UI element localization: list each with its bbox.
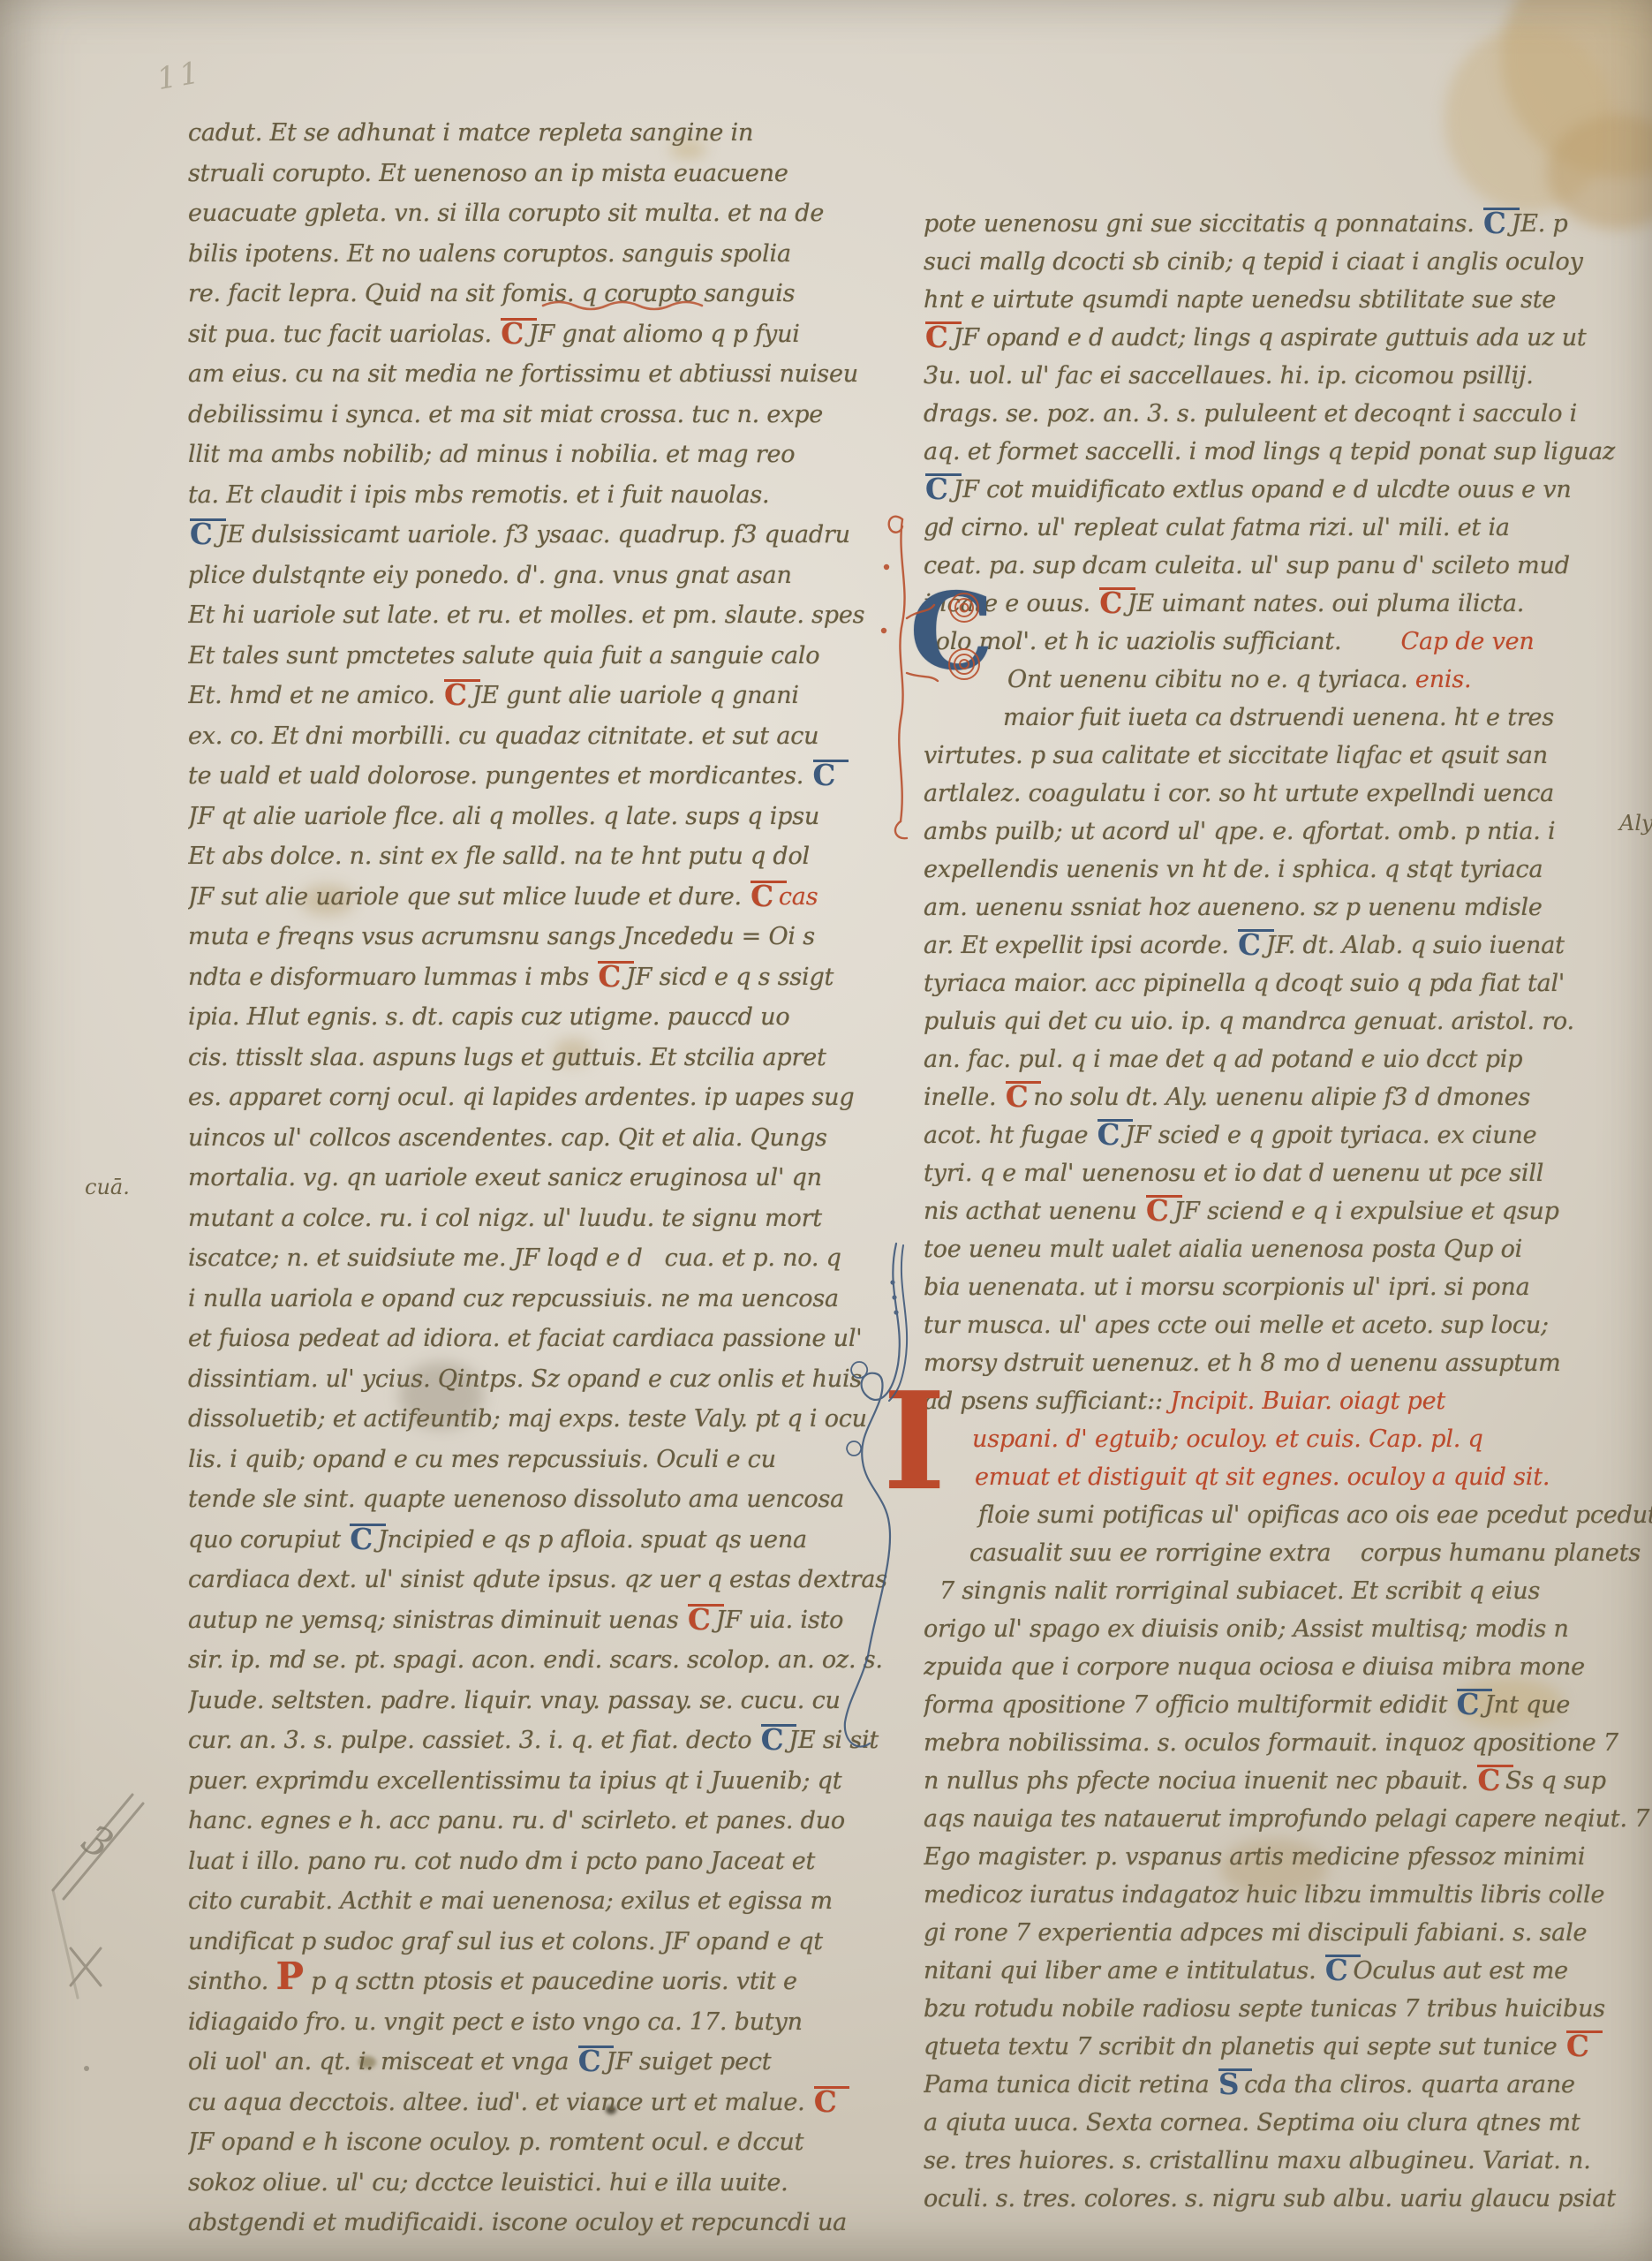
text-line: iscatce; n. et suidsiute me. JF loqd e d… [188, 1238, 893, 1279]
text-line: ipia. Hlut egnis. s. dt. capis cuz utigm… [188, 997, 893, 1038]
text-segment: dissintiam. ul' ycius. Qintps. Sz opand … [188, 1365, 862, 1393]
text-line: Juude. seltsten. padre. liquir. vnay. pa… [188, 1681, 893, 1721]
text-segment: JF sciend e q i expulsiue et qsup [1174, 1198, 1559, 1225]
text-line: se. tres huiores. s. cristallinu maxu al… [924, 2142, 1652, 2180]
text-line: artlalez. coagulatu i cor. so ht urtute … [924, 775, 1652, 813]
text-segment: JE si sit [788, 1727, 879, 1754]
text-segment: a qiuta uuca. Sexta cornea. Septima oiu … [924, 2109, 1580, 2136]
text-segment: virtutes. p sua calitate et siccitate li… [924, 742, 1548, 769]
text-segment: P [275, 1955, 303, 1998]
text-segment: Ss q sup [1505, 1767, 1606, 1795]
pencil-cross-stroke [71, 1948, 101, 1985]
paraph-mark: C [1483, 208, 1520, 238]
text-segment: n nullus phs pfecte nociua inuenit nec p… [924, 1767, 1475, 1795]
paraph-mark: C [501, 318, 537, 348]
text-segment: euacuate gpleta. vn. si illa corupto sit… [188, 200, 824, 227]
text-line: ambs puilb; ut acord ul' qpe. e. qfortat… [924, 813, 1652, 851]
text-segment: i nulla uariola e opand cuz repcussiuis.… [188, 1285, 839, 1312]
text-segment: ar. Et expellit ipsi acorde. [924, 932, 1236, 959]
treatise-initial-letter: I [883, 1374, 946, 1509]
text-segment: hnt e uirtute qsumdi napte uenedsu sbtil… [924, 286, 1556, 314]
text-line: ta. Et claudit i ipis mbs remotis. et i … [188, 475, 893, 516]
text-line: oli uol' an. qt. i. misceat et vnga CJF … [188, 2042, 893, 2083]
rubric-text: uspani. d' egtuib; oculoy. et cuis. Cap.… [972, 1425, 1483, 1453]
text-line: zpuida que i corpore nuqua ociosa e diui… [924, 1648, 1652, 1686]
text-line: origo ul' spago ex diuisis onib; Assist … [924, 1610, 1652, 1648]
text-line: dissintiam. ul' ycius. Qintps. Sz opand … [188, 1359, 893, 1400]
margin-note-alya: Alya [1619, 811, 1652, 836]
text-segment: Pama tunica dicit retina [924, 2071, 1217, 2098]
text-segment: ambs puilb; ut acord ul' qpe. e. qfortat… [924, 818, 1555, 845]
text-segment: Jncipied e qs p afloia. spuat qs uena [378, 1526, 807, 1554]
text-segment: p q scttn ptosis et paucedine uoris. vti… [304, 1968, 797, 1995]
paraph-mark: C [1099, 587, 1135, 617]
text-line: muta e freqns vsus acrumsnu sangs Jncede… [188, 917, 893, 957]
text-segment: an. fac. pul. q i mae det q ad potand e … [924, 1046, 1522, 1073]
rubric-text: Cap de ven [1401, 628, 1535, 655]
text-segment: tyri. q e mal' uenenosu et io dat d uene… [924, 1160, 1543, 1187]
text-line: sir. ip. md se. pt. spagi. acon. endi. s… [188, 1640, 893, 1681]
text-line: struali corupto. Et uenenoso an ip mista… [188, 154, 893, 194]
paraph-mark: C [1566, 2030, 1603, 2061]
text-segment: drags. se. poz. an. 3. s. pululeent et d… [924, 400, 1577, 427]
text-line: suci mallg dcocti sb cinib; q tepid i ci… [924, 243, 1652, 281]
text-line: 7 singnis nalit rorriginal subiacet. Et … [924, 1572, 1652, 1610]
text-line: te uald et uald dolorose. pungentes et m… [188, 756, 893, 797]
text-line: i nulla uariola e opand cuz repcussiuis.… [188, 1279, 893, 1320]
text-line: cardiaca dext. ul' sinist qdute ipsus. q… [188, 1560, 893, 1600]
text-segment: luat i illo. pano ru. cot nudo dm i pcto… [188, 1848, 815, 1875]
text-segment: iscatce; n. et suidsiute me. JF loqd e d… [188, 1244, 841, 1272]
text-segment: sir. ip. md se. pt. spagi. acon. endi. s… [188, 1646, 883, 1674]
text-segment: no solu dt. Aly. uenenu alipie f3 d dmon… [1033, 1084, 1530, 1111]
text-segment: 7 singnis nalit rorriginal subiacet. Et … [939, 1577, 1540, 1605]
text-segment: pote uenenosu gni sue siccitatis q ponna… [924, 210, 1482, 238]
text-segment: Oculus aut est me [1353, 1957, 1567, 1985]
text-segment: undificat p sudoc graf sul ius et colons… [188, 1928, 823, 1955]
text-segment: JF opand e h iscone oculoy. p. romtent o… [188, 2129, 803, 2156]
text-segment: JE. p [1512, 210, 1568, 238]
text-segment: cur. an. 3. s. pulpe. cassiet. 3. i. q. … [188, 1727, 759, 1754]
text-segment: et fuiosa pedeat ad idiora. et faciat ca… [188, 1325, 863, 1352]
folio-number: 11 [155, 55, 205, 97]
text-segment: puer. exprimdu excellentissimu ta ipius … [188, 1767, 841, 1795]
text-segment: nis acthat uenenu [924, 1198, 1144, 1225]
text-line: nis acthat uenenu CJF sciend e q i expul… [924, 1192, 1652, 1230]
text-segment: sintho. [188, 1968, 275, 1995]
text-segment: cito curabit. Acthit e mai uenenosa; exi… [188, 1887, 833, 1915]
text-segment: llit ma ambs nobilib; ad minus i nobilia… [188, 441, 795, 468]
text-line: cur. an. 3. s. pulpe. cassiet. 3. i. q. … [188, 1720, 893, 1761]
text-segment: JF qt alie uariole flce. ali q molles. q… [188, 803, 819, 830]
paraph-mark: C [925, 321, 962, 352]
text-segment: JF scied e q gpoit tyriaca. ex ciune [1125, 1122, 1536, 1149]
text-line: mortalia. vg. qn uariole exeut sanicz er… [188, 1158, 893, 1199]
text-line: ificate e ouus. CJE uimant nates. oui pl… [924, 585, 1652, 623]
text-segment: ipia. Hlut egnis. s. dt. capis cuz utigm… [188, 1003, 789, 1031]
text-line: qtueta textu 7 scribit dn planetis qui s… [924, 2028, 1652, 2066]
text-line: Ont uenenu cibitu no e. q tyriaca. enis. [924, 661, 1652, 699]
rubric-text: enis. [1415, 666, 1471, 693]
text-segment: artlalez. coagulatu i cor. so ht urtute … [924, 780, 1554, 807]
text-line: aq. et formet saccelli. i mod lings q te… [924, 433, 1652, 471]
text-segment: tur musca. ul' apes ccte oui melle et ac… [924, 1312, 1549, 1339]
text-line: debilissimu i synca. et ma sit miat cros… [188, 395, 893, 435]
text-segment: origo ul' spago ex diuisis onib; Assist … [924, 1615, 1569, 1643]
text-line: cito curabit. Acthit e mai uenenosa; exi… [188, 1881, 893, 1922]
text-line: llit ma ambs nobilib; ad minus i nobilia… [188, 435, 893, 475]
text-line: et fuiosa pedeat ad idiora. et faciat ca… [188, 1319, 893, 1359]
text-segment: solo mol'. et h ic uaziolis sufficiant. [924, 628, 1401, 655]
text-line: Ego magister. p. vspanus artis medicine … [924, 1838, 1652, 1876]
text-line: Et hi uariole sut late. et ru. et molles… [188, 595, 893, 636]
text-line: lis. i quib; opand e cu mes repcussiuis.… [188, 1440, 893, 1480]
text-line: floie sumi potificas ul' opificas aco oi… [924, 1496, 1652, 1534]
paraph-mark: C [1325, 1955, 1362, 1985]
text-line: hnt e uirtute qsumdi napte uenedsu sbtil… [924, 281, 1652, 319]
text-line: cu aqua decctois. altee. iud'. et viance… [188, 2083, 893, 2123]
text-segment: re. facit lepra. Quid na sit fomis. q co… [188, 280, 795, 307]
text-segment: plice dulstqnte eiy ponedo. d'. gna. vnu… [188, 562, 792, 589]
text-line: uincos ul' collcos ascendentes. cap. Qit… [188, 1118, 893, 1159]
text-line: dissoluetib; et actifeuntib; maj exps. t… [188, 1399, 893, 1440]
text-segment: puluis qui det cu uio. ip. q mandrca gen… [924, 1008, 1574, 1035]
paraph-mark: C [1146, 1195, 1182, 1225]
text-line: am eius. cu na sit media ne fortissimu e… [188, 354, 893, 395]
text-segment: struali corupto. Et uenenoso an ip mista… [188, 160, 788, 187]
text-line: mutant a colce. ru. i col nigz. ul' luud… [188, 1199, 893, 1239]
manuscript-page: 11 cadut. Et se adhunat i matce repleta … [0, 0, 1652, 2261]
text-line: luat i illo. pano ru. cot nudo dm i pcto… [188, 1841, 893, 1882]
text-segment: oculi. s. tres. colores. s. nigru sub al… [924, 2185, 1616, 2212]
text-segment: lis. i quib; opand e cu mes repcussiuis.… [188, 1446, 776, 1473]
text-line: tyri. q e mal' uenenosu et io dat d uene… [924, 1154, 1652, 1192]
text-line: ceat. pa. sup dcam culeita. ul' sup panu… [924, 547, 1652, 585]
text-segment: ex. co. Et dni morbilli. cu quadaz citni… [188, 722, 818, 750]
text-segment: cda tha cliros. quarta arane [1244, 2071, 1575, 2098]
text-line: a qiuta uuca. Sexta cornea. Septima oiu … [924, 2104, 1652, 2142]
text-segment: aqs nauiga tes natauerut improfundo pela… [924, 1805, 1649, 1833]
text-segment: cadut. Et se adhunat i matce repleta san… [188, 119, 753, 147]
text-segment: 3u. uol. ul' fac ei saccellaues. hi. ip.… [924, 362, 1534, 389]
text-line: medicoz iuratus indagatoz huic libzu imm… [924, 1876, 1652, 1914]
text-segment: JF suiget pect [606, 2048, 771, 2076]
text-segment: mebra nobilissima. s. oculos formauit. i… [924, 1729, 1618, 1757]
text-segment: oli uol' an. qt. i. misceat et vnga [188, 2048, 577, 2076]
chapter-initial-letter: C [909, 579, 994, 685]
text-line: inelle. Cno solu dt. Aly. uenenu alipie … [924, 1078, 1652, 1116]
text-segment: cis. ttisslt slaa. aspuns lugs et guttui… [188, 1044, 826, 1071]
text-segment: morsy dstruit uenenuz. et h 8 mo d uenen… [924, 1350, 1561, 1377]
text-line: puluis qui det cu uio. ip. q mandrca gen… [924, 1002, 1652, 1040]
pencil-cross-stroke [71, 1948, 101, 1985]
text-line: sit pua. tuc facit uariolas. CJF gnat al… [188, 314, 893, 355]
text-line: uspani. d' egtuib; oculoy. et cuis. Cap.… [924, 1420, 1652, 1458]
text-segment: am eius. cu na sit media ne fortissimu e… [188, 360, 858, 388]
text-segment: ta. Et claudit i ipis mbs remotis. et i … [188, 481, 769, 509]
text-segment: Ont uenenu cibitu no e. q tyriaca. [1007, 666, 1415, 693]
text-segment: mutant a colce. ru. i col nigz. ul' luud… [188, 1205, 822, 1232]
text-segment: JF gnat aliomo q p fyui [529, 321, 800, 348]
text-segment: ndta e disformuaro lummas i mbs [188, 964, 596, 991]
text-segment: JF uia. isto [716, 1607, 844, 1634]
text-segment: forma qpositione 7 officio multiformit e… [924, 1691, 1455, 1719]
text-line: ar. Et expellit ipsi acorde. CJF. dt. Al… [924, 926, 1652, 964]
text-segment: acot. ht fugae [924, 1122, 1096, 1149]
paraph-mark: C [598, 961, 634, 991]
paraph-mark: C [751, 881, 787, 911]
text-line: pote uenenosu gni sue siccitatis q ponna… [924, 205, 1652, 243]
text-segment: se. tres huiores. s. cristallinu maxu al… [924, 2147, 1591, 2174]
text-line: 3u. uol. ul' fac ei saccellaues. hi. ip.… [924, 357, 1652, 395]
text-segment: medicoz iuratus indagatoz huic libzu imm… [924, 1881, 1604, 1909]
text-line: puer. exprimdu excellentissimu ta ipius … [188, 1761, 893, 1802]
text-line: JF opand e h iscone oculoy. p. romtent o… [188, 2122, 893, 2163]
text-line: acot. ht fugae CJF scied e q gpoit tyria… [924, 1116, 1652, 1154]
text-segment: ceat. pa. sup dcam culeita. ul' sup panu… [924, 552, 1570, 579]
text-line: solo mol'. et h ic uaziolis sufficiant. … [924, 623, 1652, 661]
text-segment: am. uenenu ssniat hoz aueneno. sz p uene… [924, 894, 1543, 921]
text-segment: casualit suu ee rorrigine extra corpus h… [969, 1539, 1641, 1567]
text-line: bzu rotudu nobile radiosu septe tunicas … [924, 1990, 1652, 2028]
text-line: an. fac. pul. q i mae det q ad potand e … [924, 1040, 1652, 1078]
text-segment: te uald et uald dolorose. pungentes et m… [188, 762, 811, 790]
text-segment: zpuida que i corpore nuqua ociosa e diui… [924, 1653, 1585, 1681]
text-line: Pama tunica dicit retina Scda tha cliros… [924, 2066, 1652, 2104]
text-segment: debilissimu i synca. et ma sit miat cros… [188, 401, 823, 428]
text-segment: abstgendi et mudificaidi. iscone oculoy … [188, 2209, 847, 2236]
text-segment: es. apparet cornj ocul. qi lapides arden… [188, 1084, 854, 1111]
text-line: casualit suu ee rorrigine extra corpus h… [924, 1534, 1652, 1572]
text-segment: suci mallg dcocti sb cinib; q tepid i ci… [924, 248, 1583, 276]
text-line: CJF opand e d audct; lings q aspirate gu… [924, 319, 1652, 357]
text-line: gi rone 7 experientia adpces mi discipul… [924, 1914, 1652, 1952]
paraph-mark: C [925, 473, 962, 503]
text-line: morsy dstruit uenenuz. et h 8 mo d uenen… [924, 1344, 1652, 1382]
text-segment: gi rone 7 experientia adpces mi discipul… [924, 1919, 1587, 1947]
text-segment: bia uenenata. ut i morsu scorpionis ul' … [924, 1274, 1530, 1301]
margin-note-cura: cuā. [85, 1175, 130, 1199]
text-segment: dissoluetib; et actifeuntib; maj exps. t… [188, 1405, 867, 1433]
text-segment: bzu rotudu nobile radiosu septe tunicas … [924, 1995, 1605, 2023]
text-segment: Et tales sunt pmctetes salute quia fuit … [188, 642, 819, 669]
text-segment: cu aqua decctois. altee. iud'. et viance… [188, 2089, 812, 2116]
text-line: oculi. s. tres. colores. s. nigru sub al… [924, 2180, 1652, 2218]
pencil-numeral: 3 [74, 1814, 121, 1868]
text-line: forma qpositione 7 officio multiformit e… [924, 1686, 1652, 1724]
text-line: drags. se. poz. an. 3. s. pululeent et d… [924, 395, 1652, 433]
text-line: bilis ipotens. Et no ualens coruptos. sa… [188, 234, 893, 275]
text-segment: sit pua. tuc facit uariolas. [188, 321, 499, 348]
text-line: gd cirno. ul' repleat culat fatma rizi. … [924, 509, 1652, 547]
text-segment: nitani qui liber ame e intitulatus. [924, 1957, 1324, 1985]
text-line: n nullus phs pfecte nociua inuenit nec p… [924, 1762, 1652, 1800]
text-line: es. apparet cornj ocul. qi lapides arden… [188, 1078, 893, 1118]
text-line: sintho. P p q scttn ptosis et paucedine … [188, 1962, 893, 2002]
text-segment: Et hi uariole sut late. et ru. et molles… [188, 601, 864, 629]
text-segment: tende sle sint. quapte uenenoso dissolut… [188, 1486, 844, 1513]
text-line: aqs nauiga tes natauerut improfundo pela… [924, 1800, 1652, 1838]
text-line: plice dulstqnte eiy ponedo. d'. gna. vnu… [188, 556, 893, 596]
text-line: cis. ttisslt slaa. aspuns lugs et guttui… [188, 1038, 893, 1078]
text-segment: ad psens sufficiant:: [924, 1388, 1170, 1415]
text-segment: JF sicd e q s ssigt [626, 964, 834, 991]
text-line: JF sut alie uariole que sut mlice luude … [188, 877, 893, 918]
text-column-left: cadut. Et se adhunat i matce repleta san… [188, 113, 893, 2243]
text-line: ad psens sufficiant:: Jncipit. Buiar. oi… [924, 1382, 1652, 1420]
text-segment: JF. dt. Alab. q suio iuenat [1266, 932, 1565, 959]
text-segment: inelle. [924, 1084, 1004, 1111]
text-line: Et abs dolce. n. sint ex fle salld. na t… [188, 836, 893, 877]
paraph-mark: S [1218, 2068, 1252, 2098]
text-line: bia uenenata. ut i morsu scorpionis ul' … [924, 1268, 1652, 1306]
text-segment: quo corupiut [188, 1526, 348, 1554]
text-line: mebra nobilissima. s. oculos formauit. i… [924, 1724, 1652, 1762]
text-segment: tyriaca maior. acc pipinella q dcoqt sui… [924, 970, 1565, 997]
text-segment: Et abs dolce. n. sint ex fle salld. na t… [188, 843, 810, 870]
text-line: virtutes. p sua calitate et siccitate li… [924, 737, 1652, 775]
paraph-mark: C [688, 1604, 724, 1634]
paraph-mark: C [190, 518, 226, 548]
text-segment: JF sut alie uariole que sut mlice luude … [188, 883, 749, 911]
text-line: Et. hmd et ne amico. CJE gunt alie uario… [188, 676, 893, 716]
text-line: CJE dulsissicamt uariole. f3 ysaac. quad… [188, 515, 893, 556]
text-line: am. uenenu ssniat hoz aueneno. sz p uene… [924, 889, 1652, 926]
paraph-mark: C [814, 2086, 850, 2116]
text-line: hanc. egnes e h. acc panu. ru. d' scirle… [188, 1801, 893, 1841]
text-segment: gd cirno. ul' repleat culat fatma rizi. … [924, 514, 1510, 541]
paraph-mark: C [1098, 1119, 1134, 1149]
rubric-text: Jncipit. Buiar. oiagt pet [1170, 1388, 1445, 1415]
text-line: ex. co. Et dni morbilli. cu quadaz citni… [188, 716, 893, 757]
text-segment: maior fuit iueta ca dstruendi uenena. ht… [1003, 704, 1554, 731]
paraph-mark: C [813, 760, 849, 790]
text-column-right: pote uenenosu gni sue siccitatis q ponna… [924, 205, 1652, 2218]
text-segment: cardiaca dext. ul' sinist qdute ipsus. q… [188, 1566, 887, 1593]
paraph-mark: C [761, 1724, 797, 1754]
text-segment: JE uimant nates. oui pluma ilicta. [1128, 590, 1524, 617]
text-line: tyriaca maior. acc pipinella q dcoqt sui… [924, 964, 1652, 1002]
text-segment: JF opand e d audct; lings q aspirate gut… [954, 324, 1587, 352]
text-segment: hanc. egnes e h. acc panu. ru. d' scirle… [188, 1807, 845, 1834]
text-segment: aq. et formet saccelli. i mod lings q te… [924, 438, 1615, 465]
text-segment: uincos ul' collcos ascendentes. cap. Qit… [188, 1124, 827, 1152]
text-line: CJF cot muidificato extlus opand e d ulc… [924, 471, 1652, 509]
text-line: expellendis uenenis vn ht de. i sphica. … [924, 851, 1652, 889]
text-segment: qtueta textu 7 scribit dn planetis qui s… [924, 2033, 1565, 2061]
rubric-text: emuat et distiguit qt sit egnes. oculoy … [975, 1463, 1550, 1491]
paraph-mark: C [578, 2045, 615, 2076]
text-line: tende sle sint. quapte uenenoso dissolut… [188, 1479, 893, 1520]
text-segment: floie sumi potificas ul' opificas aco oi… [978, 1501, 1652, 1529]
text-segment: muta e freqns vsus acrumsnu sangs Jncede… [188, 923, 815, 950]
text-segment: Et. hmd et ne amico. [188, 682, 442, 709]
text-line: cadut. Et se adhunat i matce repleta san… [188, 113, 893, 154]
text-line: tur musca. ul' apes ccte oui melle et ac… [924, 1306, 1652, 1344]
text-line: emuat et distiguit qt sit egnes. oculoy … [924, 1458, 1652, 1496]
text-line: re. facit lepra. Quid na sit fomis. q co… [188, 274, 893, 314]
text-line: JF qt alie uariole flce. ali q molles. q… [188, 797, 893, 837]
text-line: Et tales sunt pmctetes salute quia fuit … [188, 636, 893, 677]
text-segment: sokoz oliue. ul' cu; dcctce leuistici. h… [188, 2169, 788, 2197]
text-line: quo corupiut CJncipied e qs p afloia. sp… [188, 1520, 893, 1561]
paraph-mark: C [1238, 929, 1274, 959]
text-line: idiagaido fro. u. vngit pect e isto vngo… [188, 2002, 893, 2043]
text-segment: toe ueneu mult ualet aialia uenenosa pos… [924, 1236, 1522, 1263]
text-segment: mortalia. vg. qn uariole exeut sanicz er… [188, 1164, 822, 1191]
paraph-mark: C [1006, 1081, 1042, 1111]
text-line: maior fuit iueta ca dstruendi uenena. ht… [924, 699, 1652, 737]
text-line: ndta e disformuaro lummas i mbs CJF sicd… [188, 957, 893, 998]
text-segment: autup ne yemsq; sinistras diminuit uenas [188, 1607, 686, 1634]
text-segment: JE gunt alie uariole q gnani [472, 682, 799, 709]
text-line: autup ne yemsq; sinistras diminuit uenas… [188, 1600, 893, 1641]
text-segment: Ego magister. p. vspanus artis medicine … [924, 1843, 1585, 1871]
paraph-mark: C [1457, 1689, 1493, 1719]
text-line: toe ueneu mult ualet aialia uenenosa pos… [924, 1230, 1652, 1268]
text-segment: bilis ipotens. Et no ualens coruptos. sa… [188, 240, 791, 268]
paraph-mark: C [350, 1524, 386, 1554]
paraph-mark: C [1477, 1765, 1513, 1795]
text-line: euacuate gpleta. vn. si illa corupto sit… [188, 193, 893, 234]
text-segment: JE dulsissicamt uariole. f3 ysaac. quadr… [218, 521, 850, 548]
text-line: nitani qui liber ame e intitulatus. COcu… [924, 1952, 1652, 1990]
paraph-mark: C [444, 679, 480, 709]
text-segment: Juude. seltsten. padre. liquir. vnay. pa… [188, 1687, 841, 1714]
text-segment: expellendis uenenis vn ht de. i sphica. … [924, 856, 1543, 883]
text-line: abstgendi et mudificaidi. iscone oculoy … [188, 2203, 893, 2243]
text-line: sokoz oliue. ul' cu; dcctce leuistici. h… [188, 2163, 893, 2204]
text-segment: JF cot muidificato extlus opand e d ulcd… [954, 476, 1572, 503]
text-segment: idiagaido fro. u. vngit pect e isto vngo… [188, 2008, 803, 2036]
text-segment: Jnt que [1484, 1691, 1570, 1719]
